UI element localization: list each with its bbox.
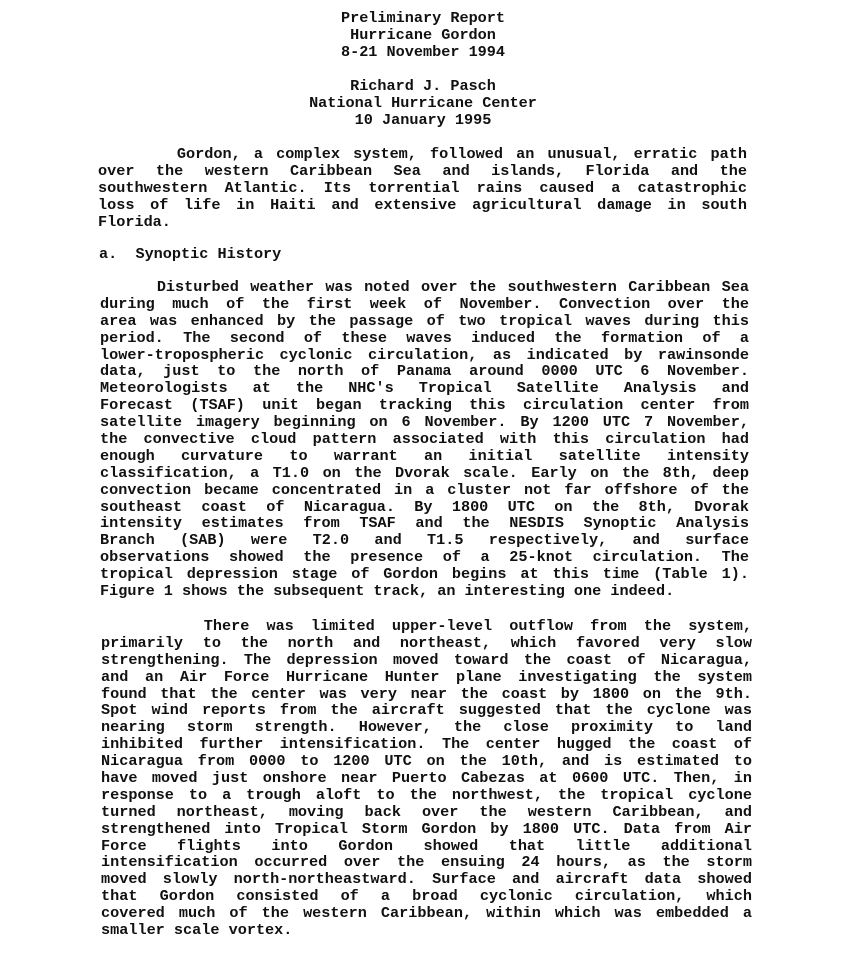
text-line: turned northeast, moving back over the w… xyxy=(101,804,752,821)
text-line: strengthening. The depression moved towa… xyxy=(101,652,752,669)
storm-dates: 8-21 November 1994 xyxy=(0,44,846,61)
text-line: data, just to the north of Panama around… xyxy=(100,363,749,380)
text-line: over the western Caribbean Sea and islan… xyxy=(98,163,747,180)
text-line: convection became concentrated in a clus… xyxy=(100,482,749,499)
section-heading-synoptic-history: a. Synoptic History xyxy=(99,246,281,263)
text-line: Force flights into Gordon showed that li… xyxy=(101,838,752,855)
report-date: 10 January 1995 xyxy=(0,112,846,129)
report-header: Preliminary Report Hurricane Gordon 8-21… xyxy=(0,10,846,129)
text-line: observations showed the presence of a 25… xyxy=(100,549,749,566)
text-line: Figure 1 shows the subsequent track, an … xyxy=(100,583,749,600)
text-line: lower-tropospheric cyclonic circulation,… xyxy=(100,347,749,364)
synoptic-paragraph-1: Disturbed weather was noted over the sou… xyxy=(100,279,749,600)
intro-paragraph: Gordon, a complex system, followed an un… xyxy=(98,146,747,230)
text-line: Gordon, a complex system, followed an un… xyxy=(98,146,747,163)
author-name: Richard J. Pasch xyxy=(0,78,846,95)
text-line: smaller scale vortex. xyxy=(101,922,752,939)
text-line: Meteorologists at the NHC's Tropical Sat… xyxy=(100,380,749,397)
text-line: Florida. xyxy=(98,214,747,231)
text-line: intensity estimates from TSAF and the NE… xyxy=(100,515,749,532)
text-line: during much of the first week of Novembe… xyxy=(100,296,749,313)
text-line: nearing storm strength. However, the clo… xyxy=(101,719,752,736)
text-line: strengthened into Tropical Storm Gordon … xyxy=(101,821,752,838)
text-line: period. The second of these waves induce… xyxy=(100,330,749,347)
synoptic-paragraph-2: There was limited upper-level outflow fr… xyxy=(101,618,752,939)
text-line: intensification occurred over the ensuin… xyxy=(101,854,752,871)
text-line: found that the center was very near the … xyxy=(101,686,752,703)
text-line: Disturbed weather was noted over the sou… xyxy=(100,279,749,296)
text-line: There was limited upper-level outflow fr… xyxy=(101,618,752,635)
text-line: classification, a T1.0 on the Dvorak sca… xyxy=(100,465,749,482)
document-page: Preliminary Report Hurricane Gordon 8-21… xyxy=(0,0,850,964)
text-line: moved slowly north-northeastward. Surfac… xyxy=(101,871,752,888)
text-line: covered much of the western Caribbean, w… xyxy=(101,905,752,922)
text-line: Branch (SAB) were T2.0 and T1.5 respecti… xyxy=(100,532,749,549)
text-line: and an Air Force Hurricane Hunter plane … xyxy=(101,669,752,686)
text-line: that Gordon consisted of a broad cycloni… xyxy=(101,888,752,905)
text-line: Nicaragua from 0000 to 1200 UTC on the 1… xyxy=(101,753,752,770)
text-line: satellite imagery beginning on 6 Novembe… xyxy=(100,414,749,431)
text-line: loss of life in Haiti and extensive agri… xyxy=(98,197,747,214)
text-line: southwestern Atlantic. Its torrential ra… xyxy=(98,180,747,197)
text-line: Forecast (TSAF) unit began tracking this… xyxy=(100,397,749,414)
text-line: primarily to the north and northeast, wh… xyxy=(101,635,752,652)
text-line: enough curvature to warrant an initial s… xyxy=(100,448,749,465)
author-organization: National Hurricane Center xyxy=(0,95,846,112)
text-line: response to a trough aloft to the northw… xyxy=(101,787,752,804)
text-line: have moved just onshore near Puerto Cabe… xyxy=(101,770,752,787)
text-line: inhibited further intensification. The c… xyxy=(101,736,752,753)
text-line: the convective cloud pattern associated … xyxy=(100,431,749,448)
text-line: tropical depression stage of Gordon begi… xyxy=(100,566,749,583)
text-line: southeast coast of Nicaragua. By 1800 UT… xyxy=(100,499,749,516)
header-spacer xyxy=(0,61,846,78)
report-title: Preliminary Report xyxy=(0,10,846,27)
text-line: area was enhanced by the passage of two … xyxy=(100,313,749,330)
text-line: Spot wind reports from the aircraft sugg… xyxy=(101,702,752,719)
storm-name: Hurricane Gordon xyxy=(0,27,846,44)
